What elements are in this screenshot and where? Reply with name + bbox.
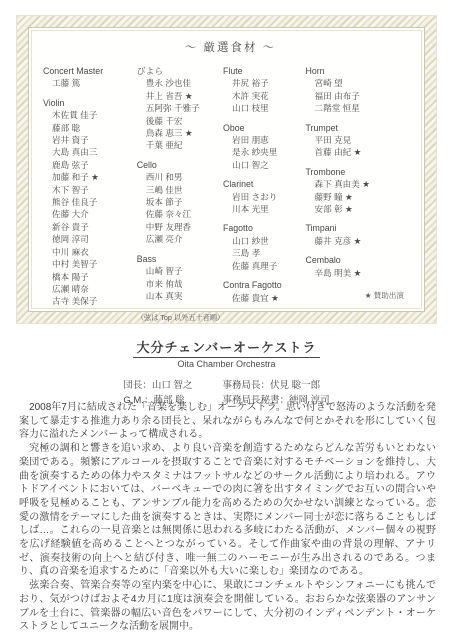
instrument-group: Trombone森下 真由美 ★藤野 瞳 ★安部 彰 ★ — [306, 166, 419, 216]
instrument-section-header: Violin — [43, 97, 137, 109]
roster-column: Flute井尻 裕子木許 実花山口 枝里Oboe岩田 朋恵是永 紗央里山口 智之… — [223, 65, 306, 307]
instrument-section-header: Fagotto — [223, 222, 306, 234]
instrument-section-header: Trumpet — [306, 122, 419, 134]
member-name: 藤部 聡 — [43, 122, 137, 134]
member-name: 木許 実花 — [223, 90, 306, 102]
orchestra-subtitle: Oita Chamber Orchestra — [0, 359, 453, 369]
member-name: 藤井 克彦 ★ — [306, 235, 419, 247]
guest-performer-note: ★ 賛助出演 — [365, 290, 418, 307]
roster-column: Concert Master工藤 篤Violin木佐貫 佳子藤部 聡岩井 資子大… — [43, 65, 137, 307]
member-name: 三嶋 佳世 — [137, 184, 223, 196]
roster-frame: ～ 厳選食材 ～ Concert Master工藤 篤Violin木佐貫 佳子藤… — [16, 15, 437, 324]
roster-columns: Concert Master工藤 篤Violin木佐貫 佳子藤部 聡岩井 資子大… — [43, 65, 418, 307]
instrument-section-header: Trombone — [306, 166, 419, 178]
member-name: 徳岡 淳司 — [43, 233, 137, 245]
orchestra-heading: 大分チェンバーオーケストラ Oita Chamber Orchestra 団長：… — [0, 337, 453, 408]
instrument-group: Horn宮崎 望福田 由布子二階堂 恒星 — [306, 65, 419, 115]
member-name: 井上 省吾 ★ — [137, 90, 223, 102]
roster-column: Horn宮崎 望福田 由布子二階堂 恒星Trumpet平田 克見首藤 由紀 ★T… — [306, 65, 419, 307]
member-name: 西川 和男 — [137, 171, 223, 183]
member-name: 是永 紗央里 — [223, 146, 306, 158]
instrument-section-header: Oboe — [223, 122, 306, 134]
member-name: 佐藤 貴宜 ★ — [223, 292, 306, 304]
member-name: 熊谷 佳良子 — [43, 196, 137, 208]
instrument-group: Trumpet平田 克見首藤 由紀 ★ — [306, 122, 419, 159]
member-name: 平田 克見 — [306, 134, 419, 146]
member-name: 中村 美智子 — [43, 258, 137, 270]
member-name: 橋本 陽子 — [43, 271, 137, 283]
member-name: 山口 紗世 — [223, 235, 306, 247]
member-name: 佐藤 大介 — [43, 208, 137, 220]
instrument-section-header: Clarinet — [223, 178, 306, 190]
instrument-group: Timpani藤井 克彦 ★ — [306, 222, 419, 247]
instrument-group: Cello西川 和男三嶋 佳世坂本 節子佐藤 奈々江中野 友理香広瀬 亮介 — [137, 159, 223, 246]
about-text: 2008年7月に結成された「音楽を楽しむ」オーケストラ。思い付きで怒涛のような活… — [19, 401, 436, 634]
instrument-section-header: Contra Fagotto — [223, 279, 306, 291]
about-paragraph-3: 弦楽合奏、管楽合奏等の室内楽を中心に、果敢にコンチェルトやシンフォニーにも挑んで… — [19, 579, 436, 634]
member-name: 坂本 節子 — [137, 196, 223, 208]
instrument-group: Concert Master工藤 篤 — [43, 65, 137, 90]
instrument-group: Bass山崎 智子市来 侑哉山本 真実 — [137, 253, 223, 303]
about-paragraph-2: 究極の調和と響きを追い求め、より良い音楽を創造するためならどんな苦労もいとわない… — [19, 442, 436, 579]
staff-line-secretary-general: 事務局長：伏見 聡一郎 — [223, 378, 330, 393]
member-name: 広瀬 亮介 — [137, 233, 223, 245]
member-name: 宮崎 望 — [306, 77, 419, 89]
orchestra-title: 大分チェンバーオーケストラ — [133, 337, 321, 358]
member-name: 豊永 沙也佳 — [137, 77, 223, 89]
member-name: 五阿弥 千雅子 — [137, 102, 223, 114]
roster-frame-inner: ～ 厳選食材 ～ Concert Master工藤 篤Violin木佐貫 佳子藤… — [28, 27, 425, 312]
about-paragraph-1: 2008年7月に結成された「音楽を楽しむ」オーケストラ。思い付きで怒涛のような活… — [19, 401, 436, 442]
member-name: 三島 孝 — [223, 247, 306, 259]
member-name: 中川 麻衣 — [43, 246, 137, 258]
instrument-group: Violin木佐貫 佳子藤部 聡岩井 資子大島 真由三鹿島 弦子加藤 和子 ★木… — [43, 97, 137, 308]
member-name: 大島 真由三 — [43, 146, 137, 158]
instrument-group: Contra Fagotto佐藤 貴宜 ★ — [223, 279, 306, 304]
member-name: 新谷 貴子 — [43, 221, 137, 233]
instrument-section-header: びよら — [137, 65, 223, 77]
member-name: 辛島 明美 ★ — [306, 267, 419, 279]
member-name: 佐藤 真理子 — [223, 260, 306, 272]
member-name: 山本 真実 — [137, 290, 223, 302]
member-name: 山口 枝里 — [223, 102, 306, 114]
member-name: 岩田 朋恵 — [223, 134, 306, 146]
roster-column: びよら豊永 沙也佳井上 省吾 ★五阿弥 千雅子後藤 千宏鳥森 恵三 ★千葉 亜紀… — [137, 65, 223, 307]
member-name: 鳥森 恵三 ★ — [137, 127, 223, 139]
member-name: 鹿島 弦子 — [43, 159, 137, 171]
instrument-section-header: Horn — [306, 65, 419, 77]
instrument-group: Fagotto山口 紗世三島 孝佐藤 真理子 — [223, 222, 306, 272]
member-name: 安部 彰 ★ — [306, 203, 419, 215]
member-name: 古寺 美保子 — [43, 295, 137, 307]
member-name: 中野 友理香 — [137, 221, 223, 233]
member-name: 広瀬 晴奈 — [43, 283, 137, 295]
member-name: 二階堂 恒星 — [306, 102, 419, 114]
ordering-note: （弦は Top 以外五十音順） — [137, 313, 223, 323]
instrument-section-header: Concert Master — [43, 65, 137, 77]
instrument-section-header: Cembalo — [306, 254, 419, 266]
instrument-section-header: Flute — [223, 65, 306, 77]
roster-title: ～ 厳選食材 ～ — [43, 39, 418, 55]
instrument-section-header: Timpani — [306, 222, 419, 234]
member-name: 首藤 由紀 ★ — [306, 146, 419, 158]
staff-line-director: 団長：山口 智之 — [123, 378, 192, 393]
instrument-section-header: Cello — [137, 159, 223, 171]
member-name: 千葉 亜紀 — [137, 139, 223, 151]
member-name: 佐藤 奈々江 — [137, 208, 223, 220]
member-name: 岩田 さおり — [223, 191, 306, 203]
member-name: 森下 真由美 ★ — [306, 178, 419, 190]
member-name: 福田 由布子 — [306, 90, 419, 102]
member-name: 山口 智之 — [223, 159, 306, 171]
instrument-group: Flute井尻 裕子木許 実花山口 枝里 — [223, 65, 306, 115]
instrument-group: びよら豊永 沙也佳井上 省吾 ★五阿弥 千雅子後藤 千宏鳥森 恵三 ★千葉 亜紀 — [137, 65, 223, 152]
member-name: 藤野 瞳 ★ — [306, 191, 419, 203]
member-name: 川本 光里 — [223, 203, 306, 215]
instrument-group: Cembalo辛島 明美 ★ — [306, 254, 419, 279]
instrument-group: Oboe岩田 朋恵是永 紗央里山口 智之 — [223, 122, 306, 172]
member-name: 岩井 資子 — [43, 134, 137, 146]
instrument-group: Clarinet岩田 さおり川本 光里 — [223, 178, 306, 215]
member-name: 工藤 篤 — [43, 77, 137, 89]
member-name: 加藤 和子 ★ — [43, 171, 137, 183]
member-name: 木下 智子 — [43, 184, 137, 196]
member-name: 木佐貫 佳子 — [43, 109, 137, 121]
member-name: 市来 侑哉 — [137, 278, 223, 290]
member-name: 後藤 千宏 — [137, 115, 223, 127]
member-name: 井尻 裕子 — [223, 77, 306, 89]
member-name: 山崎 智子 — [137, 265, 223, 277]
instrument-section-header: Bass — [137, 253, 223, 265]
